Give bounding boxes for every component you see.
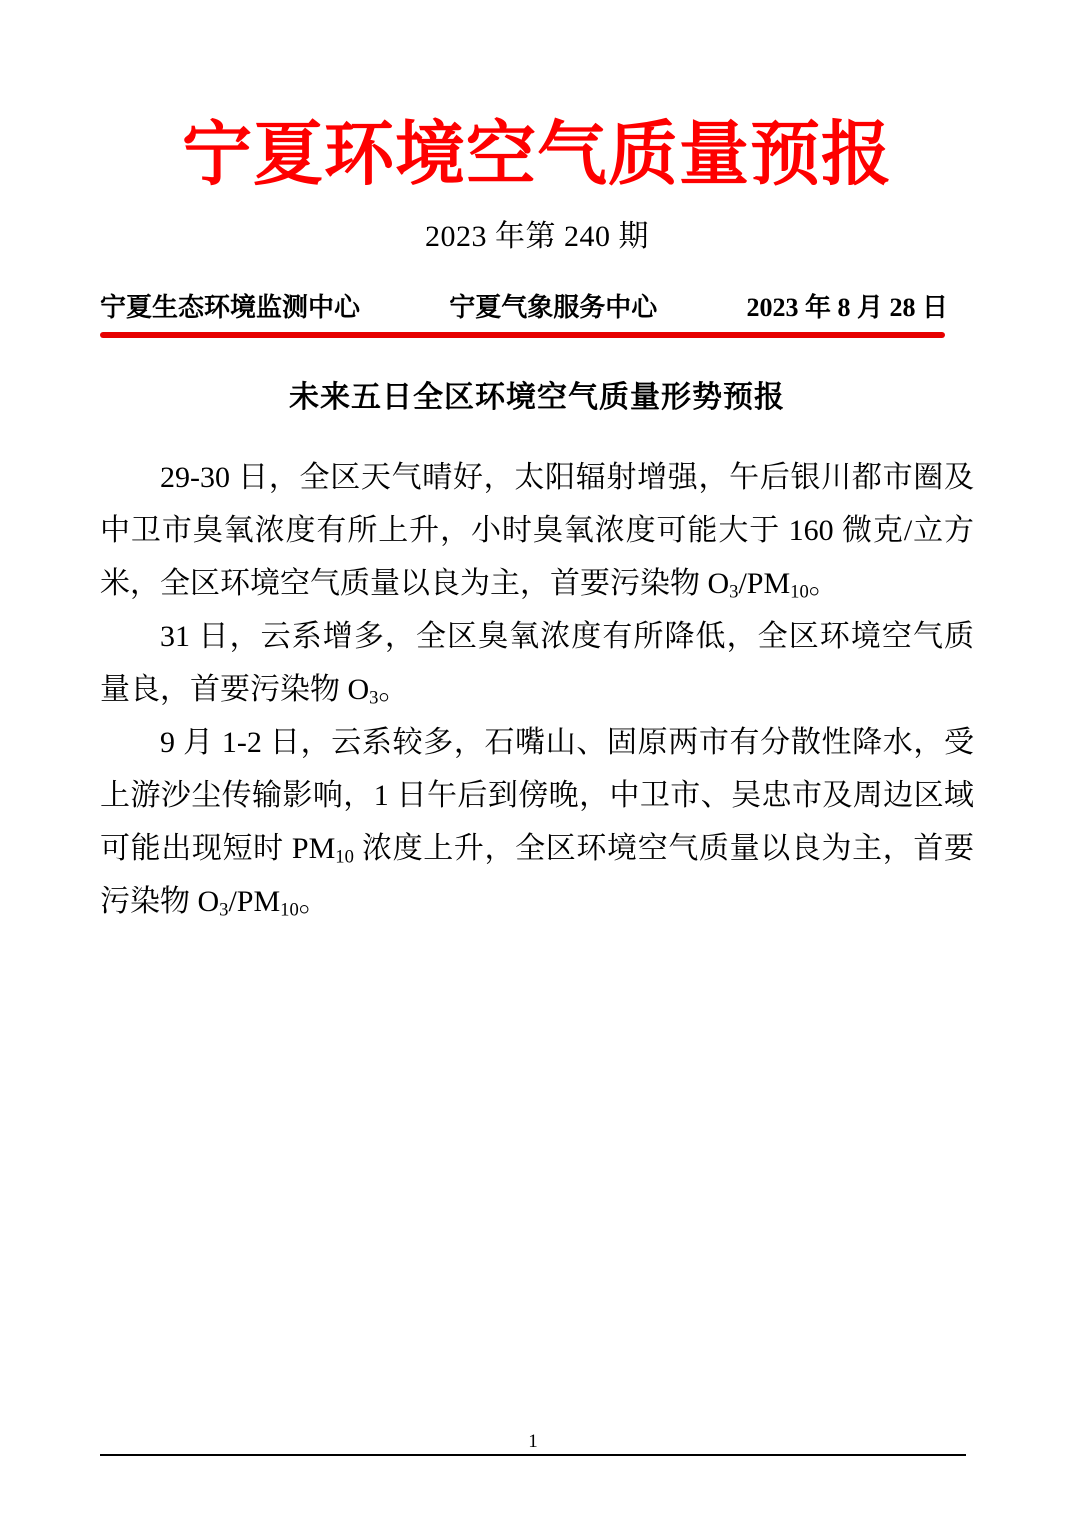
forecast-paragraph-3: 9 月 1-2 日，云系较多，石嘴山、固原两市有分散性降水，受上游沙尘传输影响，… [100, 716, 974, 928]
org-weather-center: 宁夏气象服务中心 [449, 287, 657, 324]
section-title: 未来五日全区环境空气质量形势预报 [0, 372, 1074, 416]
page-number: 1 [100, 1432, 966, 1451]
issue-date: 2023 年 8 月 28 日 [746, 287, 948, 324]
org-monitoring-center: 宁夏生态环境监测中心 [100, 287, 360, 324]
page-footer: 1 [100, 1432, 966, 1456]
forecast-paragraph-1: 29-30 日，全区天气晴好，太阳辐射增强，午后银川都市圈及中卫市臭氧浓度有所上… [100, 451, 974, 610]
forecast-paragraph-2: 31 日，云系增多，全区臭氧浓度有所降低，全区环境空气质量良，首要污染物 O3。 [100, 610, 974, 716]
header-row: 宁夏生态环境监测中心 宁夏气象服务中心 2023 年 8 月 28 日 [100, 287, 948, 324]
forecast-body: 29-30 日，全区天气晴好，太阳辐射增强，午后银川都市圈及中卫市臭氧浓度有所上… [100, 451, 974, 928]
red-divider-line [100, 332, 945, 338]
issue-number: 2023 年第 240 期 [0, 211, 1074, 255]
doc-title: 宁夏环境空气质量预报 [0, 0, 1074, 197]
document-page: 宁夏环境空气质量预报 2023 年第 240 期 宁夏生态环境监测中心 宁夏气象… [0, 0, 1074, 1520]
footer-line [100, 1454, 966, 1456]
